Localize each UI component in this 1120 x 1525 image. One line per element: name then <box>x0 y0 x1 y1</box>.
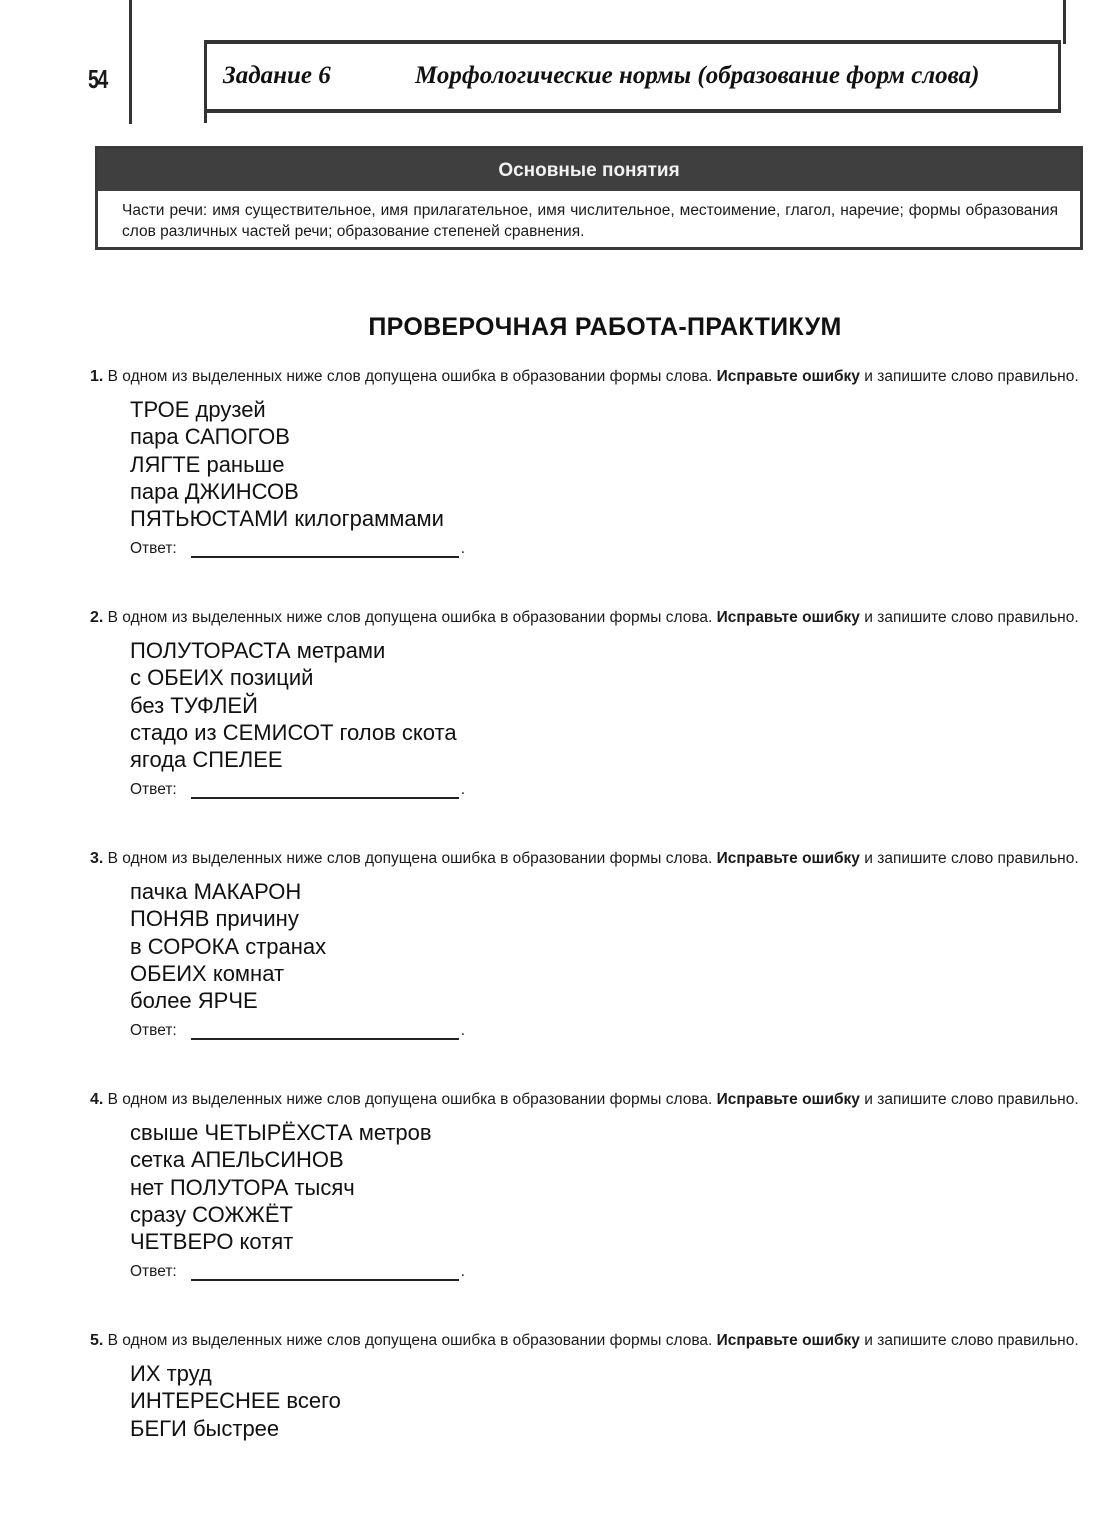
word-option: ПЯТЬЮСТАМИ килограммами <box>130 505 1080 532</box>
word-option: ИХ труд <box>130 1360 1080 1387</box>
task-item: 1. В одном из выделенных ниже слов допущ… <box>90 367 1080 558</box>
task-number: 4. <box>90 1091 103 1108</box>
instruction-emphasis: Исправьте ошибку <box>717 368 860 385</box>
page-title: ПРОВЕРОЧНАЯ РАБОТА-ПРАКТИКУМ <box>0 313 1120 342</box>
instruction-text-end: и запишите слово правильно. <box>864 1332 1078 1349</box>
word-option: ПОЛУТОРАСТА метрами <box>130 637 1080 664</box>
word-list: пачка МАКАРОНПОНЯВ причинув СОРОКА стран… <box>90 878 1080 1014</box>
answer-row: Ответ:. <box>90 781 1080 799</box>
task-instruction: 1. В одном из выделенных ниже слов допущ… <box>90 367 1080 387</box>
word-list: ПОЛУТОРАСТА метрамис ОБЕИХ позицийбез ТУ… <box>90 637 1080 773</box>
word-option: ЧЕТВЕРО котят <box>130 1228 1080 1255</box>
answer-field[interactable] <box>191 1263 459 1281</box>
word-option: пачка МАКАРОН <box>130 878 1080 905</box>
task-instruction: 2. В одном из выделенных ниже слов допущ… <box>90 608 1080 628</box>
page-number: 54 <box>88 64 107 95</box>
task-item: 3. В одном из выделенных ниже слов допущ… <box>90 849 1080 1040</box>
word-option: пара САПОГОВ <box>130 423 1080 450</box>
answer-label: Ответ: <box>130 540 177 558</box>
answer-label: Ответ: <box>130 781 177 799</box>
task-item: 5. В одном из выделенных ниже слов допущ… <box>90 1331 1080 1442</box>
task-instruction: 3. В одном из выделенных ниже слов допущ… <box>90 849 1080 869</box>
key-concepts-text: Части речи: имя существительное, имя при… <box>98 191 1080 242</box>
word-option: с ОБЕИХ позиций <box>130 664 1080 691</box>
instruction-text: В одном из выделенных ниже слов допущена… <box>108 1091 713 1108</box>
task-number: 2. <box>90 609 103 626</box>
instruction-text-end: и запишите слово правильно. <box>864 368 1078 385</box>
task-instruction: 4. В одном из выделенных ниже слов допущ… <box>90 1090 1080 1110</box>
task-title: Морфологические нормы (образование форм … <box>415 62 980 90</box>
instruction-text-end: и запишите слово правильно. <box>864 1091 1078 1108</box>
task-item: 2. В одном из выделенных ниже слов допущ… <box>90 608 1080 799</box>
word-option: сразу СОЖЖЁТ <box>130 1201 1080 1228</box>
instruction-emphasis: Исправьте ошиб­ку <box>717 850 860 867</box>
word-option: нет ПОЛУТОРА тысяч <box>130 1174 1080 1201</box>
answer-field[interactable] <box>191 781 459 799</box>
answer-period: . <box>461 540 465 558</box>
answer-period: . <box>461 781 465 799</box>
answer-period: . <box>461 1263 465 1281</box>
answer-field[interactable] <box>191 540 459 558</box>
word-list: ИХ трудИНТЕРЕСНЕЕ всегоБЕГИ быстрее <box>90 1360 1080 1442</box>
answer-field[interactable] <box>191 1022 459 1040</box>
instruction-text-end: и запишите слово правильно. <box>864 850 1078 867</box>
task-instruction: 5. В одном из выделенных ниже слов допущ… <box>90 1331 1080 1351</box>
word-option: в СОРОКА странах <box>130 933 1080 960</box>
task-number: 1. <box>90 368 103 385</box>
task-number: 5. <box>90 1332 103 1349</box>
word-list: ТРОЕ друзейпара САПОГОВЛЯГТЕ раньшепара … <box>90 396 1080 532</box>
left-margin-rule <box>129 0 132 124</box>
answer-label: Ответ: <box>130 1022 177 1040</box>
instruction-text: В одном из выделенных ниже слов допущена… <box>108 850 713 867</box>
answer-label: Ответ: <box>130 1263 177 1281</box>
key-concepts-box: Основные понятия Части речи: имя существ… <box>95 146 1083 250</box>
instruction-text: В одном из выделенных ниже слов допущена… <box>108 368 713 385</box>
word-list: свыше ЧЕТЫРЁХСТА метровсетка АПЕЛЬСИНОВн… <box>90 1119 1080 1255</box>
word-option: ягода СПЕЛЕЕ <box>130 746 1080 773</box>
instruction-text: В одном из выделенных ниже слов допущена… <box>108 1332 713 1349</box>
word-option: БЕГИ быстрее <box>130 1415 1080 1442</box>
word-option: ПОНЯВ причину <box>130 905 1080 932</box>
answer-row: Ответ:. <box>90 1263 1080 1281</box>
answer-row: Ответ:. <box>90 540 1080 558</box>
word-option: без ТУФЛЕЙ <box>130 692 1080 719</box>
instruction-emphasis: Исправьте ошиб­ку <box>717 1332 860 1349</box>
right-margin-rule <box>1063 0 1066 44</box>
word-option: свыше ЧЕТЫРЁХСТА метров <box>130 1119 1080 1146</box>
answer-period: . <box>461 1022 465 1040</box>
task-item: 4. В одном из выделенных ниже слов допущ… <box>90 1090 1080 1281</box>
header-stub-rule <box>204 111 207 123</box>
instruction-text: В одном из выделенных ниже слов допущена… <box>108 609 713 626</box>
word-option: ИНТЕРЕСНЕЕ всего <box>130 1387 1080 1414</box>
word-option: стадо из СЕМИСОТ голов скота <box>130 719 1080 746</box>
key-concepts-title: Основные понятия <box>98 149 1080 191</box>
word-option: ТРОЕ друзей <box>130 396 1080 423</box>
word-option: ОБЕИХ комнат <box>130 960 1080 987</box>
answer-row: Ответ:. <box>90 1022 1080 1040</box>
instruction-text-end: и запишите слово правильно. <box>864 609 1078 626</box>
instruction-emphasis: Исправьте ошиб­ку <box>717 1091 860 1108</box>
task-number: 3. <box>90 850 103 867</box>
instruction-emphasis: Исправьте ошиб­ку <box>717 609 860 626</box>
task-header: Задание 6 Морфологические нормы (образов… <box>204 40 1061 113</box>
task-label: Задание 6 <box>223 62 331 90</box>
word-option: пара ДЖИНСОВ <box>130 478 1080 505</box>
word-option: более ЯРЧЕ <box>130 987 1080 1014</box>
word-option: ЛЯГТЕ раньше <box>130 451 1080 478</box>
word-option: сетка АПЕЛЬСИНОВ <box>130 1146 1080 1173</box>
